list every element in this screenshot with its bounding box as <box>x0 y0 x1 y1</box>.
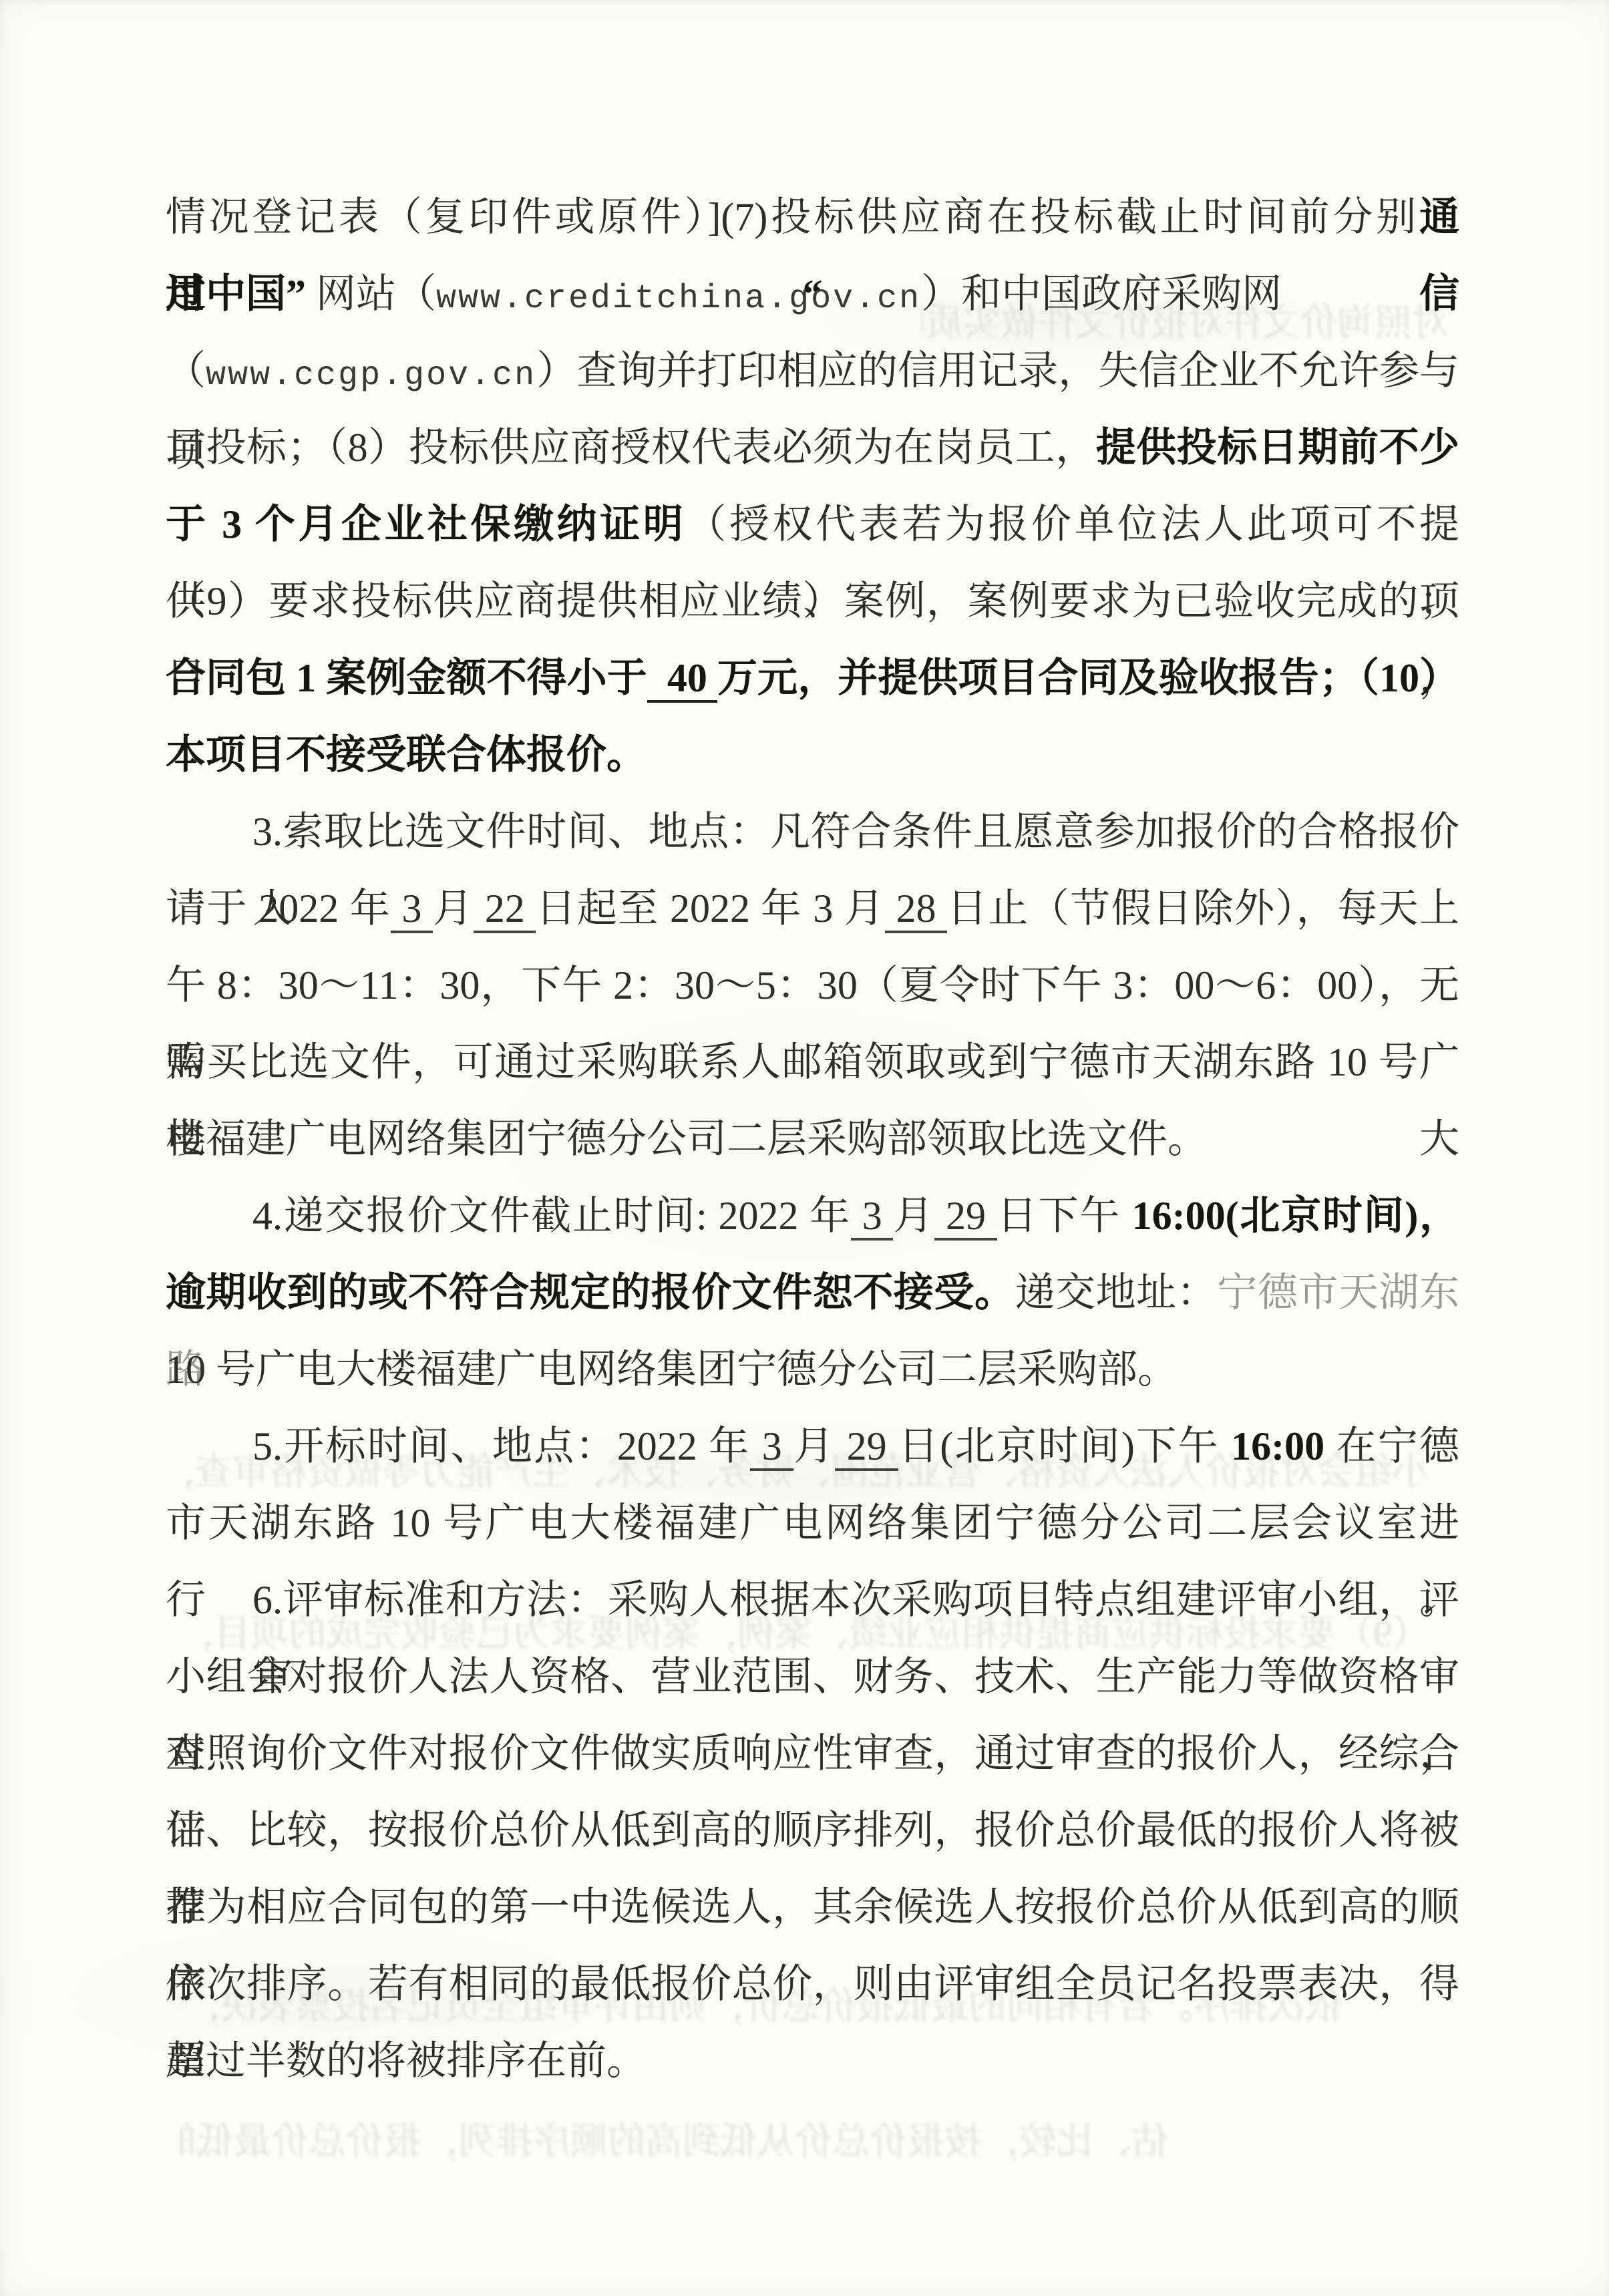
text-segment-bold: 16:00(北京时间)， <box>1132 1194 1459 1238</box>
text-segment-bold: 本项目不接受联合体报价。 <box>166 733 647 777</box>
document-page: 对照询价文件对报价文件做实质响应性审查，通过审查的报价人，经综合评 小组会对报价… <box>0 0 1609 2296</box>
text-line: （9）要求投标供应商提供相应业绩、案例，案例要求为已验收完成的项目， <box>166 563 1459 640</box>
text-line: 6.评审标准和方法：采购人根据本次采购项目特点组建评审小组，评审 <box>166 1562 1459 1639</box>
text-line: 于 3 个月企业社保缴纳证明（授权代表若为报价单位法人此项可不提供）； <box>166 486 1459 563</box>
text-line: 目投标；（8）投标供应商授权代表必须为在岗员工，提供投标日期前不少 <box>166 409 1459 486</box>
text-segment-bold: 于 3 个月企业社保缴纳证明 <box>166 502 686 546</box>
text-segment: 在宁德 <box>1324 1424 1459 1468</box>
filled-blank-underline: 3 <box>851 1194 893 1241</box>
text-line: 请于 2022 年 3 月 22 日起至 2022 年 3 月 28 日止（节假… <box>166 870 1459 947</box>
text-line: 合同包 1 案例金额不得小于 40 万元，并提供项目合同及验收报告；（10） <box>166 640 1459 717</box>
text-segment: 月 <box>433 886 474 931</box>
filled-blank-underline: 40 <box>647 656 717 703</box>
text-segment: 日(北京时间)下午 <box>898 1424 1231 1468</box>
url-text: www.creditchina.gov.cn <box>436 280 921 318</box>
filled-blank-underline: 29 <box>934 1194 997 1241</box>
text-line: 情况登记表（复印件或原件）](7)投标供应商在投标截止时间前分别通过“信 <box>166 179 1459 256</box>
text-line: 逾期收到的或不符合规定的报价文件恕不接受。递交地址：宁德市天湖东路 <box>166 1255 1459 1331</box>
document-text: 情况登记表（复印件或原件）](7)投标供应商在投标截止时间前分别通过“信 用中国… <box>166 179 1459 2100</box>
text-line: （www.ccgp.gov.cn）查询并打印相应的信用记录，失信企业不允许参与项 <box>166 333 1459 409</box>
text-segment-bold: 16:00 <box>1231 1424 1324 1468</box>
text-segment-bold: 万元，并提供项目合同及验收报告；（10） <box>717 656 1459 700</box>
text-segment: 网站（ <box>306 272 436 316</box>
filled-blank-underline: 3 <box>750 1424 793 1471</box>
text-segment: 月 <box>893 1194 934 1238</box>
text-segment: 目投标；（8）投标供应商授权代表必须为在岗员工， <box>166 426 1096 470</box>
text-line: 依次排序。若有相同的最低报价总价，则由评审组全员记名投票表决，得票 <box>166 1946 1459 2023</box>
text-line: 购买比选文件，可通过采购联系人邮箱领取或到宁德市天湖东路 10 号广电大 <box>166 1024 1459 1101</box>
text-line: 用中国” 网站（www.creditchina.gov.cn）和中国政府采购网 <box>166 256 1459 333</box>
text-segment-bold: 合同包 1 案例金额不得小于 <box>166 656 647 700</box>
text-segment: 日止（节假日除外），每天上 <box>947 886 1459 931</box>
text-line: 3.索取比选文件时间、地点：凡符合条件且愿意参加报价的合格报价人 <box>166 794 1459 870</box>
text-segment: （ <box>166 349 206 393</box>
filled-blank-underline: 3 <box>391 886 433 933</box>
text-line: 荐为相应合同包的第一中选候选人，其余候选人按报价总价从低到高的顺序 <box>166 1869 1459 1946</box>
text-segment: 日下午 <box>997 1194 1132 1238</box>
url-text: www.ccgp.gov.cn <box>206 357 536 395</box>
text-segment: ）和中国政府采购网 <box>921 272 1282 316</box>
text-line: 估、比较，按报价总价从低到高的顺序排列，报价总价最低的报价人将被推 <box>166 1792 1459 1869</box>
text-segment: 4.递交报价文件截止时间: 2022 年 <box>252 1194 851 1238</box>
text-line: 本项目不接受联合体报价。 <box>166 717 1459 794</box>
text-segment: 请于 2022 年 <box>166 886 391 931</box>
filled-blank-underline: 22 <box>474 886 536 933</box>
text-line: 市天湖东路 10 号广电大楼福建广电网络集团宁德分公司二层会议室进行。 <box>166 1485 1459 1562</box>
text-segment: 楼福建广电网络集团宁德分公司二层采购部领取比选文件。 <box>166 1117 1208 1161</box>
text-line: 小组会对报价人法人资格、营业范围、财务、技术、生产能力等做资格审查， <box>166 1639 1459 1715</box>
text-segment: 递交地址： <box>1015 1271 1218 1315</box>
text-segment-bold: 逾期收到的或不符合规定的报价文件恕不接受。 <box>166 1271 1015 1315</box>
text-line: 4.递交报价文件截止时间: 2022 年 3 月 29 日下午 16:00(北京… <box>166 1178 1459 1255</box>
text-segment-bold: 提供投标日期前不少 <box>1096 426 1459 470</box>
text-line: 对照询价文件对报价文件做实质响应性审查，通过审查的报价人，经综合评 <box>166 1715 1459 1792</box>
filled-blank-underline: 29 <box>835 1424 898 1471</box>
text-line: 午 8：30～11：30，下午 2：30～5：30（夏令时下午 3：00～6：0… <box>166 947 1459 1024</box>
text-segment: 月 <box>793 1424 835 1468</box>
text-segment: 5.开标时间、地点：2022 年 <box>252 1424 750 1468</box>
text-line: 5.开标时间、地点：2022 年 3 月 29 日(北京时间)下午 16:00 … <box>166 1408 1459 1485</box>
text-segment: 情况登记表（复印件或原件）](7)投标供应商在投标截止时间前分别 <box>166 195 1419 239</box>
text-line: 10 号广电大楼福建广电网络集团宁德分公司二层采购部。 <box>166 1331 1459 1408</box>
text-segment: 10 号广电大楼福建广电网络集团宁德分公司二层采购部。 <box>166 1347 1178 1391</box>
text-line: 超过半数的将被排序在前。 <box>166 2023 1459 2100</box>
text-segment: 超过半数的将被排序在前。 <box>166 2039 647 2083</box>
bleed-through-text: 估、比较，按报价总价从低到高的顺序排列，报价总价最低的报价人将被推 <box>180 2120 1169 2163</box>
text-segment: 日起至 2022 年 3 月 <box>536 886 885 931</box>
text-segment-bold: 用中国” <box>166 272 306 316</box>
filled-blank-underline: 28 <box>885 886 947 933</box>
